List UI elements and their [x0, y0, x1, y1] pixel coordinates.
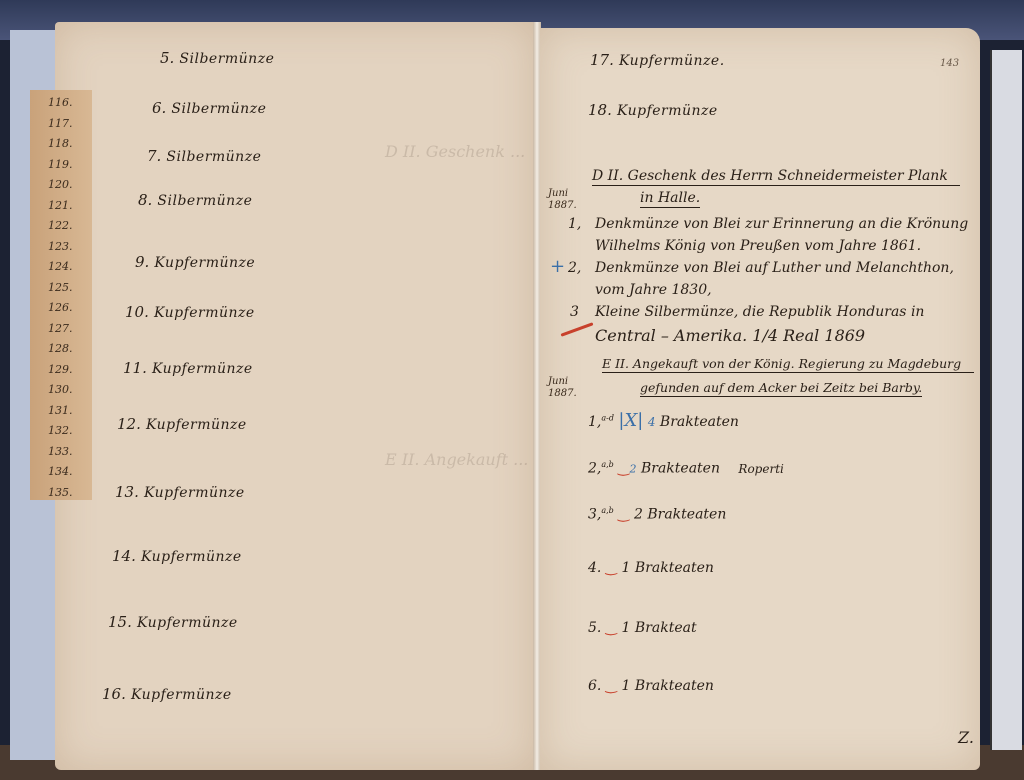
section-heading: D II. Geschenk des Herrn Schneidermeiste…: [592, 168, 960, 186]
right-page: 143 17. Kupfermünze. 18. Kupfermünze Jun…: [540, 28, 980, 770]
item-row: 5. ‿ 1 Brakteat: [588, 620, 697, 636]
item-text: Denkmünze von Blei auf Luther und Melanc…: [595, 260, 954, 276]
tab-number: 135.: [30, 486, 92, 507]
item-row: 3,a,b ‿ 2 Brakteaten: [588, 506, 726, 523]
ledger-entry: 7. Silbermünze: [147, 146, 261, 165]
ledger-entry: 18. Kupfermünze: [588, 100, 718, 119]
item-text: Central – Amerika. 1/4 Real 1869: [595, 326, 865, 345]
ledger-entry: 15. Kupfermünze: [108, 612, 238, 631]
ledger-entry: 10. Kupfermünze: [125, 302, 255, 321]
item-row: 2,a,b ‿2 Brakteaten Roperti: [588, 460, 784, 477]
footer-mark: Z.: [958, 728, 974, 747]
red-check-mark-icon: [561, 322, 594, 336]
ledger-entry: 17. Kupfermünze.: [590, 50, 725, 69]
item-text: Kleine Silbermünze, die Republik Hondura…: [595, 304, 924, 320]
item-text: Denkmünze von Blei zur Erinnerung an die…: [595, 216, 968, 232]
item-number: 3: [570, 304, 579, 320]
tab-number: 131.: [30, 404, 92, 425]
ledger-entry: 13. Kupfermünze: [115, 482, 245, 501]
tab-number: 134.: [30, 465, 92, 486]
ledger-entry: 6. Silbermünze: [152, 98, 266, 117]
ledger-entry: 16. Kupfermünze: [102, 684, 232, 703]
item-row: 4. ‿ 1 Brakteaten: [588, 560, 714, 576]
tab-number: 121.: [30, 199, 92, 220]
tab-number: 128.: [30, 342, 92, 363]
tab-number: 133.: [30, 445, 92, 466]
tab-number: 120.: [30, 178, 92, 199]
item-text: vom Jahre 1830,: [595, 282, 712, 298]
ledger-entry: 11. Kupfermünze: [123, 358, 253, 377]
index-tab-strip: 116. 117. 118. 119. 120. 121. 122. 123. …: [30, 90, 92, 500]
plus-mark-icon: +: [550, 256, 565, 277]
section-heading: E II. Angekauft von der König. Regierung…: [602, 356, 974, 373]
book-cover-right: [990, 50, 1022, 750]
item-row: 1,a-d |X| 4 Brakteaten: [588, 410, 739, 431]
tab-number: 126.: [30, 301, 92, 322]
section-heading: in Halle.: [640, 190, 700, 208]
bleed-through-text: D II. Geschenk ...: [385, 142, 525, 161]
item-row: 6. ‿ 1 Brakteaten: [588, 678, 714, 694]
bleed-through-text: E II. Angekauft ...: [385, 450, 528, 469]
ledger-entry: 14. Kupfermünze: [112, 546, 242, 565]
tab-number: 129.: [30, 363, 92, 384]
item-text: Wilhelms König von Preußen vom Jahre 186…: [595, 238, 921, 254]
tab-number: 125.: [30, 281, 92, 302]
ledger-entry: 5. Silbermünze: [160, 48, 274, 67]
tab-number: 117.: [30, 117, 92, 138]
tab-number: 119.: [30, 158, 92, 179]
item-number: 1,: [568, 216, 581, 232]
entry-date: Juni1887.: [548, 376, 577, 400]
left-page: D II. Geschenk ... E II. Angekauft ... 5…: [55, 22, 535, 770]
item-number: 2,: [568, 260, 581, 276]
ledger-entry: 9. Kupfermünze: [135, 252, 255, 271]
tab-number: 130.: [30, 383, 92, 404]
tab-number: 122.: [30, 219, 92, 240]
tab-number: 124.: [30, 260, 92, 281]
tab-number: 132.: [30, 424, 92, 445]
section-heading: gefunden auf dem Acker bei Zeitz bei Bar…: [640, 380, 922, 397]
ledger-entry: 12. Kupfermünze: [117, 414, 247, 433]
tab-number: 127.: [30, 322, 92, 343]
tab-number: 116.: [30, 96, 92, 117]
ledger-entry: 8. Silbermünze: [138, 190, 252, 209]
tab-number: 118.: [30, 137, 92, 158]
tab-number: 123.: [30, 240, 92, 261]
page-number: 143: [940, 58, 959, 69]
entry-date: Juni1887.: [548, 188, 577, 212]
